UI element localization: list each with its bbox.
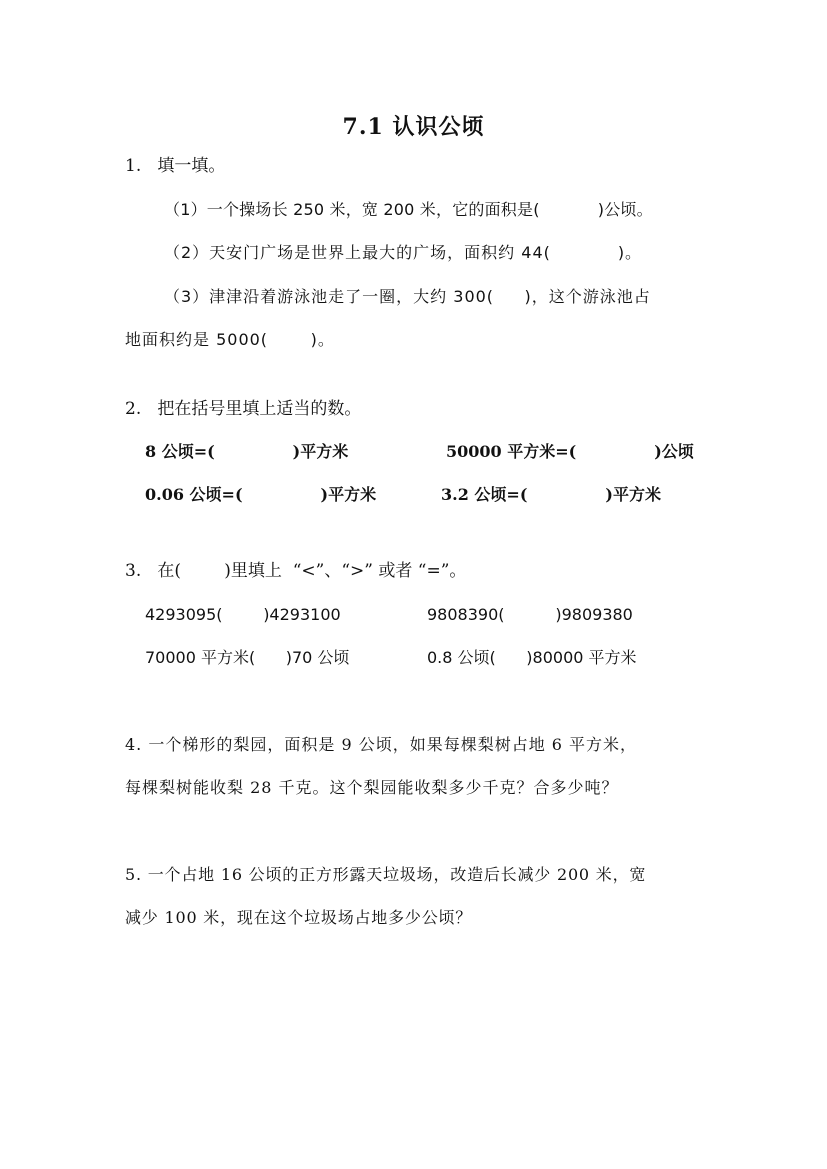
q1-item-2: （2）天安门广场是世界上最大的广场，面积约 44( )。 <box>164 242 642 264</box>
q3-row1-left: 4293095( )4293100 <box>145 604 341 626</box>
q1-item-3-continuation: 地面积约是 5000( )。 <box>125 329 335 351</box>
q4-line-2: 每棵梨树能收梨 28 千克。这个梨园能收梨多少千克？合多少吨？ <box>125 777 619 799</box>
q1-item-1: （1）一个操场长 250 米，宽 200 米，它的面积是( )公顷。 <box>164 199 653 221</box>
q1-heading: 1. 填一填。 <box>125 155 225 177</box>
q3-row2-left: 70000 平方米( )70 公顷 <box>145 647 349 669</box>
q2-heading: 2. 把在括号里填上适当的数。 <box>125 398 361 420</box>
q3-row1-right: 9808390( )9809380 <box>427 604 633 626</box>
q5-line-1: 5. 一个占地 16 公顷的正方形露天垃圾场，改造后长减少 200 米，宽 <box>125 864 646 886</box>
q2-row1-right: 50000 平方米=( )公顷 <box>446 441 694 463</box>
q2-row2-right: 3.2 公顷=( )平方米 <box>441 484 661 506</box>
q2-row1-left: 8 公顷=( )平方米 <box>145 441 348 463</box>
q5-line-2: 减少 100 米，现在这个垃圾场占地多少公顷？ <box>125 907 472 929</box>
q1-item-3: （3）津津沿着游泳池走了一圈，大约 300( )，这个游泳池占 <box>164 286 651 308</box>
q4-line-1: 4. 一个梯形的梨园，面积是 9 公顷，如果每棵梨树占地 6 平方米， <box>125 734 637 756</box>
q3-row2-right: 0.8 公顷( )80000 平方米 <box>427 647 637 669</box>
page-title: 7.1 认识公顷 <box>0 110 827 141</box>
q3-heading: 3. 在( )里填上 “<”、“>” 或者 “=”。 <box>125 560 466 582</box>
q2-row2-left: 0.06 公顷=( )平方米 <box>145 484 376 506</box>
